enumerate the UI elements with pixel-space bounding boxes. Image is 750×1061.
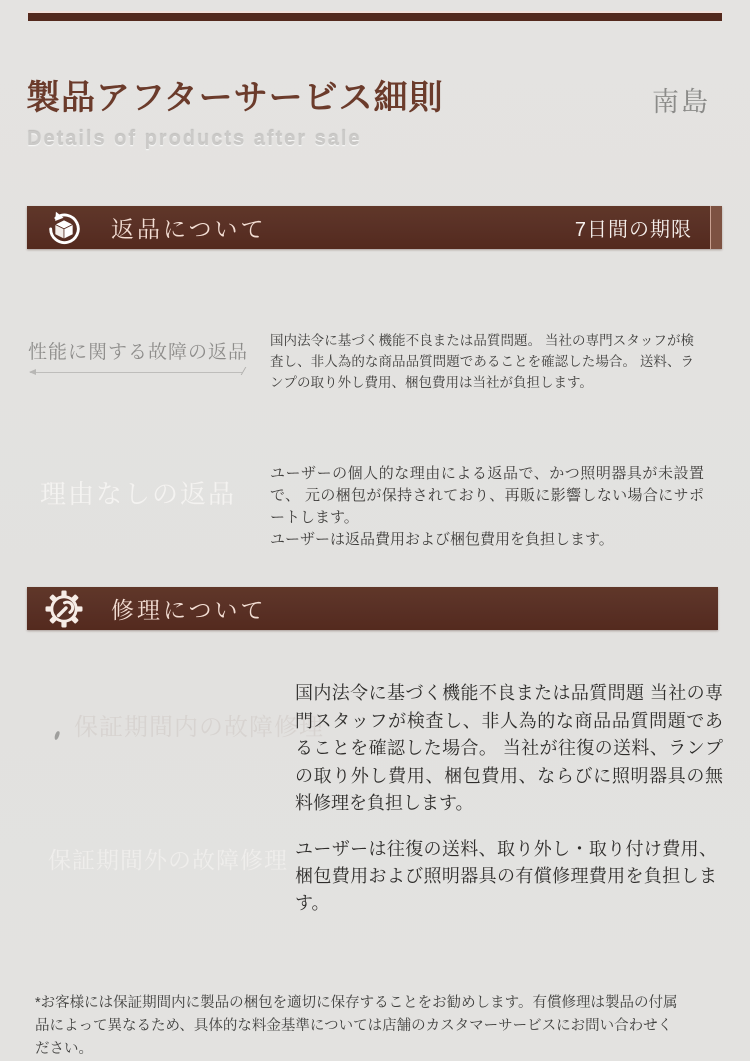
- row-text-in-warranty-repair: 国内法令に基づく機能不良または品質問題 当社の専門スタッフが検査し、非人為的な商…: [295, 680, 723, 818]
- row-text-no-reason-return: ユーザーの個人的な理由による返品で、かつ照明器具が未設置で、 元の梱包が保持され…: [270, 463, 704, 551]
- returns-deadline-badge: 7日間の期限: [575, 213, 692, 242]
- repairs-heading: 修理について: [111, 592, 267, 625]
- tick-mark-decoration: [54, 731, 61, 741]
- footnote: *お客様には保証期間内に製品の梱包を適切に保存することをお勧めします。有償修理は…: [35, 992, 683, 1061]
- top-divider-rule: [28, 13, 722, 21]
- row-label-performance-return: 性能に関する故障の返品: [28, 337, 248, 364]
- repairs-section-banner: 修理について: [27, 587, 718, 630]
- brand-label: 南島: [652, 80, 710, 119]
- paragraph: 国内法令に基づく機能不良または品質問題。 当社の専門スタッフが検査し、非人為的な…: [270, 330, 694, 393]
- row-label-out-of-warranty-repair: 保証期間外の故障修理: [48, 842, 288, 875]
- row-label-no-reason-return: 理由なしの返品: [40, 474, 236, 511]
- paragraph: 国内法令に基づく機能不良または品質問題 当社の専門スタッフが検査し、非人為的な商…: [295, 680, 723, 818]
- banner-end-cap: [710, 206, 722, 249]
- return-box-icon: [43, 207, 85, 249]
- after-service-page: 製品アフターサービス細則 南島 Details of products afte…: [0, 0, 750, 1061]
- row-text-out-of-warranty-repair: ユーザーは往復の送料、取り外し・取り付け費用、梱包費用および照明器具の有償修理費…: [295, 836, 717, 917]
- paragraph: ユーザーは往復の送料、取り外し・取り付け費用、梱包費用および照明器具の有償修理費…: [295, 836, 717, 917]
- arrow-underline-decoration: [30, 372, 242, 373]
- gear-wrench-icon: [43, 588, 85, 630]
- paragraph: ユーザーは返品費用および梱包費用を負担します。: [270, 529, 704, 551]
- row-text-performance-return: 国内法令に基づく機能不良または品質問題。 当社の専門スタッフが検査し、非人為的な…: [270, 330, 694, 393]
- page-subtitle: Details of products after sale: [27, 128, 362, 151]
- returns-section-banner: 返品について 7日間の期限: [27, 206, 722, 249]
- page-title: 製品アフターサービス細則: [26, 70, 444, 119]
- paragraph: ユーザーの個人的な理由による返品で、かつ照明器具が未設置で、 元の梱包が保持され…: [270, 463, 704, 529]
- row-label-in-warranty-repair: 保証期間内の故障修理: [74, 707, 324, 742]
- returns-heading: 返品について: [111, 211, 267, 244]
